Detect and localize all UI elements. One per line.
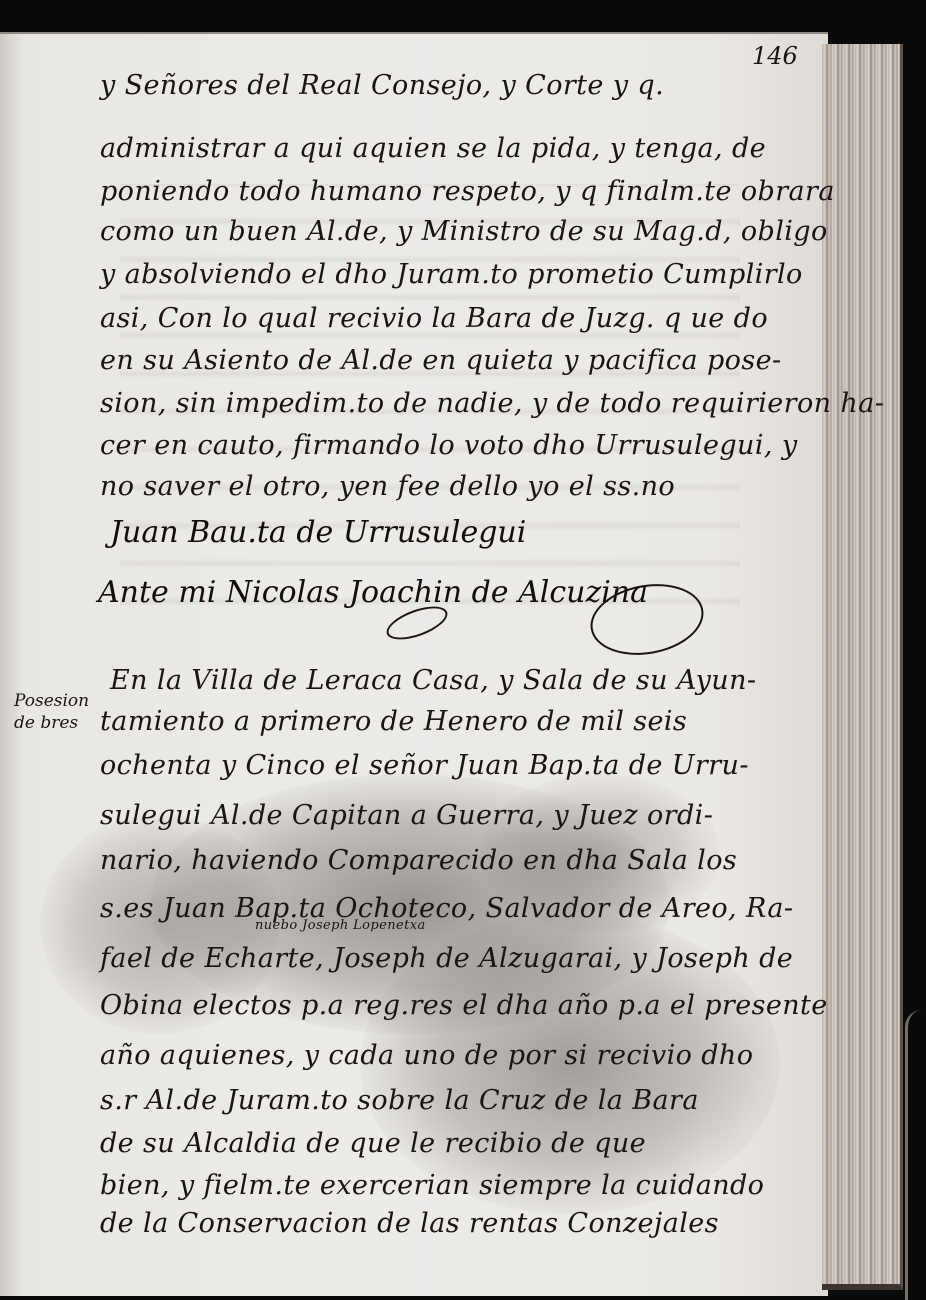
text-line: como un buen Al.de, y Ministro de su Mag… [100,216,828,247]
signature-juan-bautista: Juan Bau.ta de Urrusulegui [110,515,526,550]
text-line: año aquienes, y cada uno de por si reciv… [100,1040,753,1071]
text-line: sulegui Al.de Capitan a Guerra, y Juez o… [100,800,713,831]
text-line: fael de Echarte, Joseph de Alzugarai, y … [100,943,793,974]
text-line: en su Asiento de Al.de en quieta y pacif… [100,345,782,376]
text-line: nario, haviendo Comparecido en dha Sala … [100,845,737,876]
text-line: no saver el otro, yen fee dello yo el ss… [100,471,675,502]
margin-note-line: de bres [14,712,89,734]
text-line: Obina electos p.a reg.res el dha año p.a… [100,990,828,1021]
text-line: bien, y fielm.te exercerian siempre la c… [100,1170,764,1201]
folio-number: 146 [752,42,798,70]
text-line: En la Villa de Leraca Casa, y Sala de su… [110,665,756,696]
text-line: y Señores del Real Consejo, y Corte y q. [100,70,664,101]
margin-note: Posesion de bres [14,690,89,734]
text-line: cer en cauto, firmando lo voto dho Urrus… [100,430,798,461]
text-line: s.es Juan Bap.ta Ochoteco, Salvador de A… [100,893,793,924]
text-line: asi, Con lo qual recivio la Bara de Juzg… [100,303,768,334]
page-edges-stack [822,44,903,1290]
text-line: tamiento a primero de Henero de mil seis [100,706,687,737]
margin-note-line: Posesion [14,690,89,712]
binding-string [905,1010,922,1300]
text-line: administrar a qui aquien se la pida, y t… [100,133,766,164]
notary-attestation: Ante mi Nicolas Joachin de Alcuzina [98,575,648,610]
text-line: y absolviendo el dho Juram.to prometio C… [100,259,803,290]
text-line: poniendo todo humano respeto, y q finalm… [100,176,835,207]
text-line: de su Alcaldia de que le recibio de que [100,1128,646,1159]
interlinear-note: nuebo Joseph Lopenetxa [255,918,426,933]
text-line: s.r Al.de Juram.to sobre la Cruz de la B… [100,1085,699,1116]
text-line: de la Conservacion de las rentas Conzeja… [100,1208,719,1239]
text-line: ochenta y Cinco el señor Juan Bap.ta de … [100,750,749,781]
text-line: sion, sin impedim.to de nadie, y de todo… [100,388,884,419]
